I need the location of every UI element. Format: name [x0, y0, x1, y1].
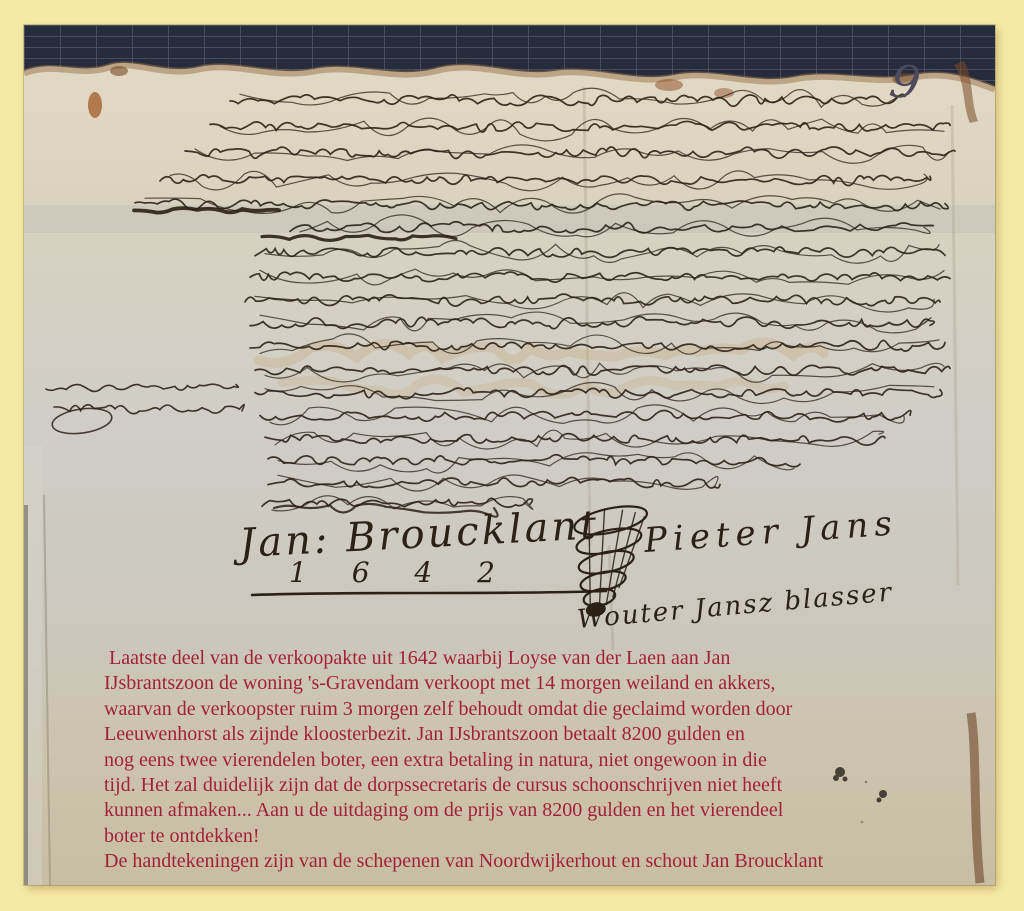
caption-line: Laatste deel van de verkoopakte uit 1642…	[104, 646, 823, 671]
caption-text: Laatste deel van de verkoopakte uit 1642…	[104, 646, 823, 875]
caption-line: kunnen afmaken... Aan u de uitdaging om …	[104, 798, 823, 823]
caption-line: tijd. Het zal duidelijk zijn dat de dorp…	[104, 773, 823, 798]
caption-line: IJsbrantszoon de woning 's-Gravendam ver…	[104, 671, 823, 696]
caption-line: Leeuwenhorst als zijnde kloosterbezit. J…	[104, 722, 823, 747]
left-edge-shadow	[24, 505, 28, 885]
photo-frame: Jan: Broucklant 1 6 4 2 Pieter Jans Wout…	[0, 0, 1024, 911]
caption-line: waarvan de verkoopster ruim 3 morgen zel…	[104, 697, 823, 722]
caption-line: De handtekeningen zijn van de schepenen …	[104, 849, 823, 874]
year-1642: 1 6 4 2	[289, 556, 513, 589]
document-photo: Jan: Broucklant 1 6 4 2 Pieter Jans Wout…	[24, 25, 995, 885]
caption-line: nog eens twee vierendelen boter, een ext…	[104, 748, 823, 773]
caption-line: boter te ontdekken!	[104, 824, 823, 849]
